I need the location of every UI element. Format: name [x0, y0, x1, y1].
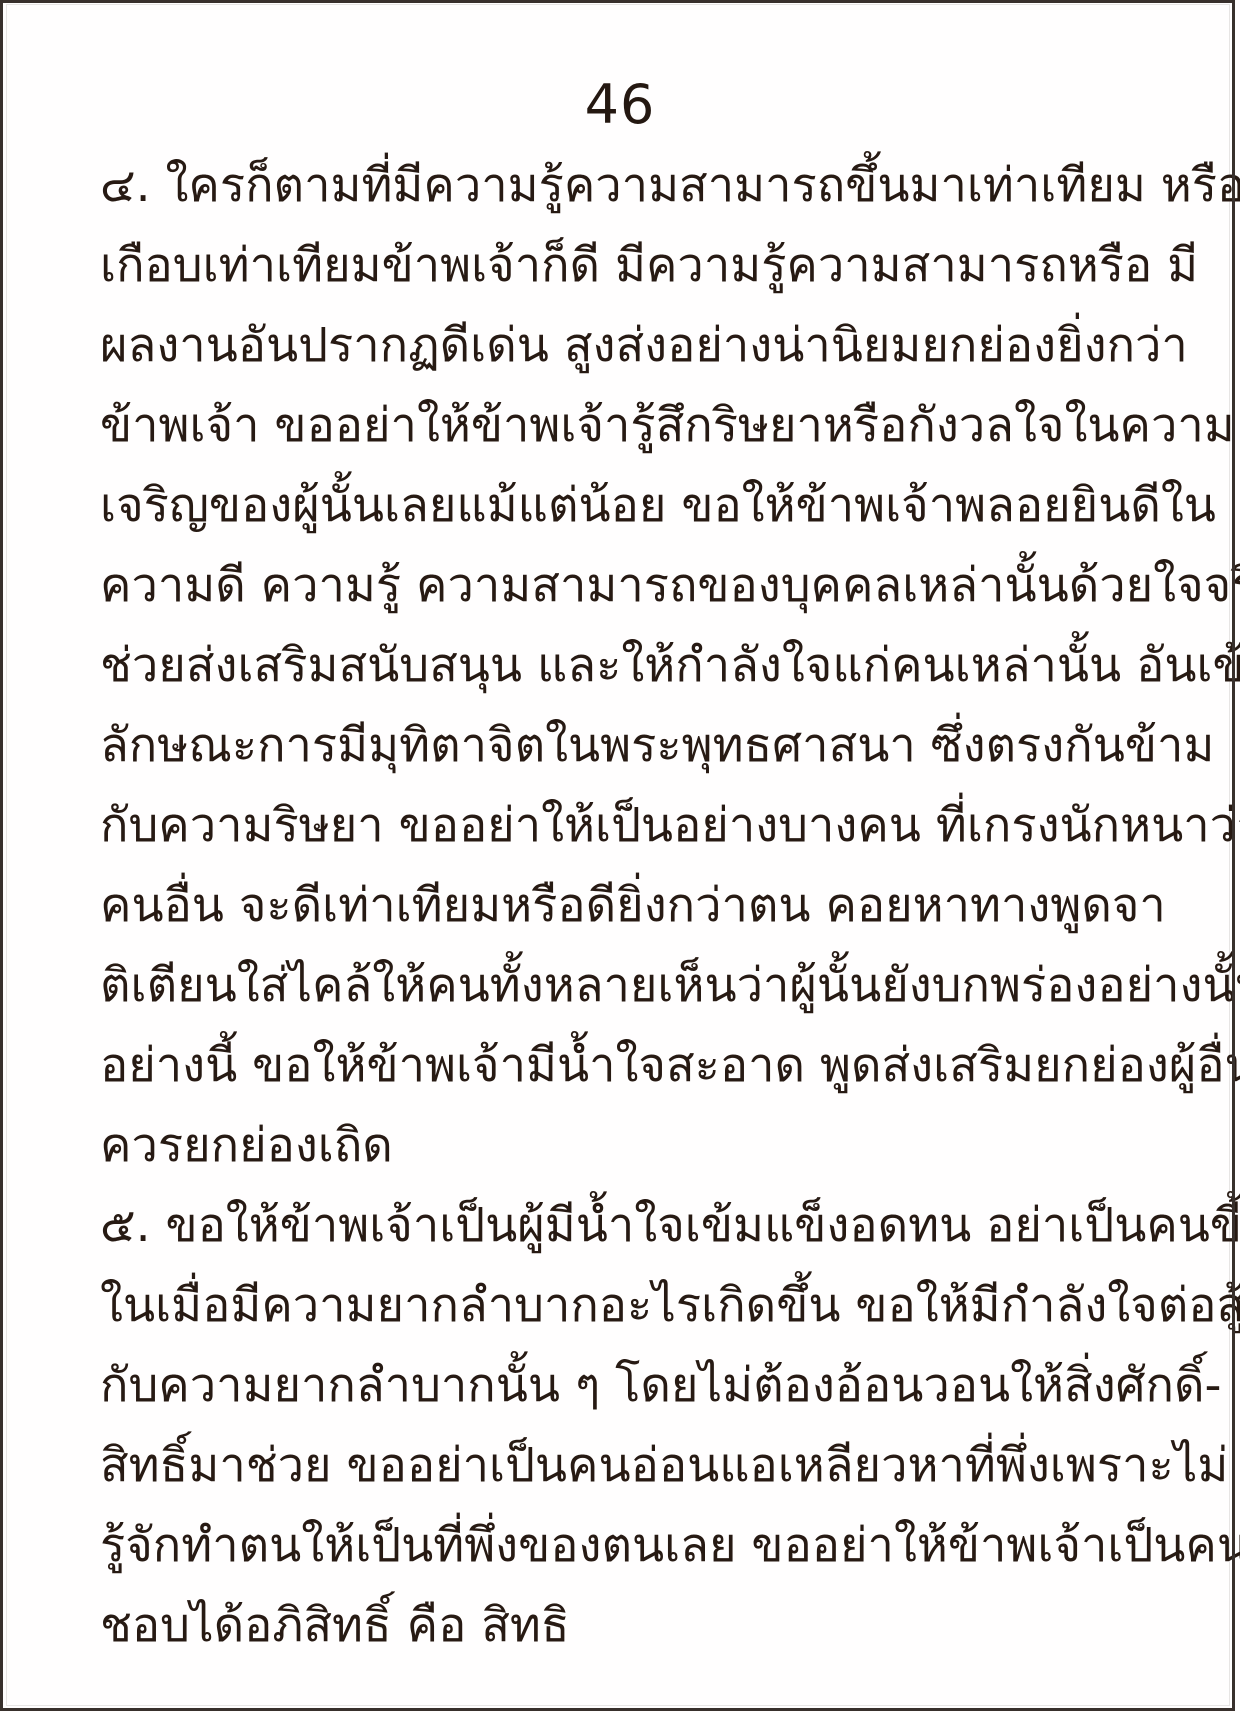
text-line: เจริญของผู้นั้นเลยแม้แต่น้อย ขอให้ข้าพเจ… [100, 466, 1137, 546]
page-text: ๔. ใครก็ตามที่มีความรู้ความสามารถขึ้นมาเ… [100, 146, 1137, 1666]
text-line: เกือบเท่าเทียมข้าพเจ้าก็ดี มีความรู้ความ… [100, 226, 1137, 306]
text-line: ลักษณะการมีมุทิตาจิตในพระพุทธศาสนา ซึ่งต… [100, 706, 1137, 786]
text-line-paragraph-end: ชอบได้อภิสิทธิ์ คือ สิทธิ [100, 1586, 1137, 1666]
text-line: ๕. ขอให้ข้าพเจ้าเป็นผู้มีน้ำใจเข้มแข็งอด… [100, 1186, 1137, 1266]
text-line: ในเมื่อมีความยากลำบากอะไรเกิดขึ้น ขอให้ม… [100, 1266, 1137, 1346]
text-line: สิทธิ์มาช่วย ขออย่าเป็นคนอ่อนแอเหลียวหาท… [100, 1426, 1137, 1506]
text-line: ๔. ใครก็ตามที่มีความรู้ความสามารถขึ้นมาเ… [100, 146, 1137, 226]
text-line: รู้จักทำตนให้เป็นที่พึ่งของตนเลย ขออย่าใ… [100, 1506, 1137, 1586]
text-line: ช่วยส่งเสริมสนับสนุน และให้กำลังใจแก่คนเ… [100, 626, 1137, 706]
text-line-paragraph-end: ควรยกย่องเถิด [100, 1106, 1137, 1186]
text-line: ติเตียนใส่ไคล้ให้คนทั้งหลายเห็นว่าผู้นั้… [100, 946, 1137, 1026]
text-line: ผลงานอันปรากฏดีเด่น สูงส่งอย่างน่านิยมยก… [100, 306, 1137, 386]
text-line: กับความยากลำบากนั้น ๆ โดยไม่ต้องอ้อนวอนใ… [100, 1346, 1137, 1426]
book-page: 46 ๔. ใครก็ตามที่มีความรู้ความสามารถขึ้น… [0, 0, 1240, 1713]
text-line: ความดี ความรู้ ความสามารถของบุคคลเหล่านั… [100, 546, 1137, 626]
page-number: 46 [0, 0, 1240, 132]
text-line: ข้าพเจ้า ขออย่าให้ข้าพเจ้ารู้สึกริษยาหรื… [100, 386, 1137, 466]
text-line: คนอื่น จะดีเท่าเทียมหรือดียิ่งกว่าตน คอย… [100, 866, 1137, 946]
text-line: อย่างนี้ ขอให้ข้าพเจ้ามีน้ำใจสะอาด พูดส่… [100, 1026, 1137, 1106]
text-line: กับความริษยา ขออย่าให้เป็นอย่างบางคน ที่… [100, 786, 1137, 866]
